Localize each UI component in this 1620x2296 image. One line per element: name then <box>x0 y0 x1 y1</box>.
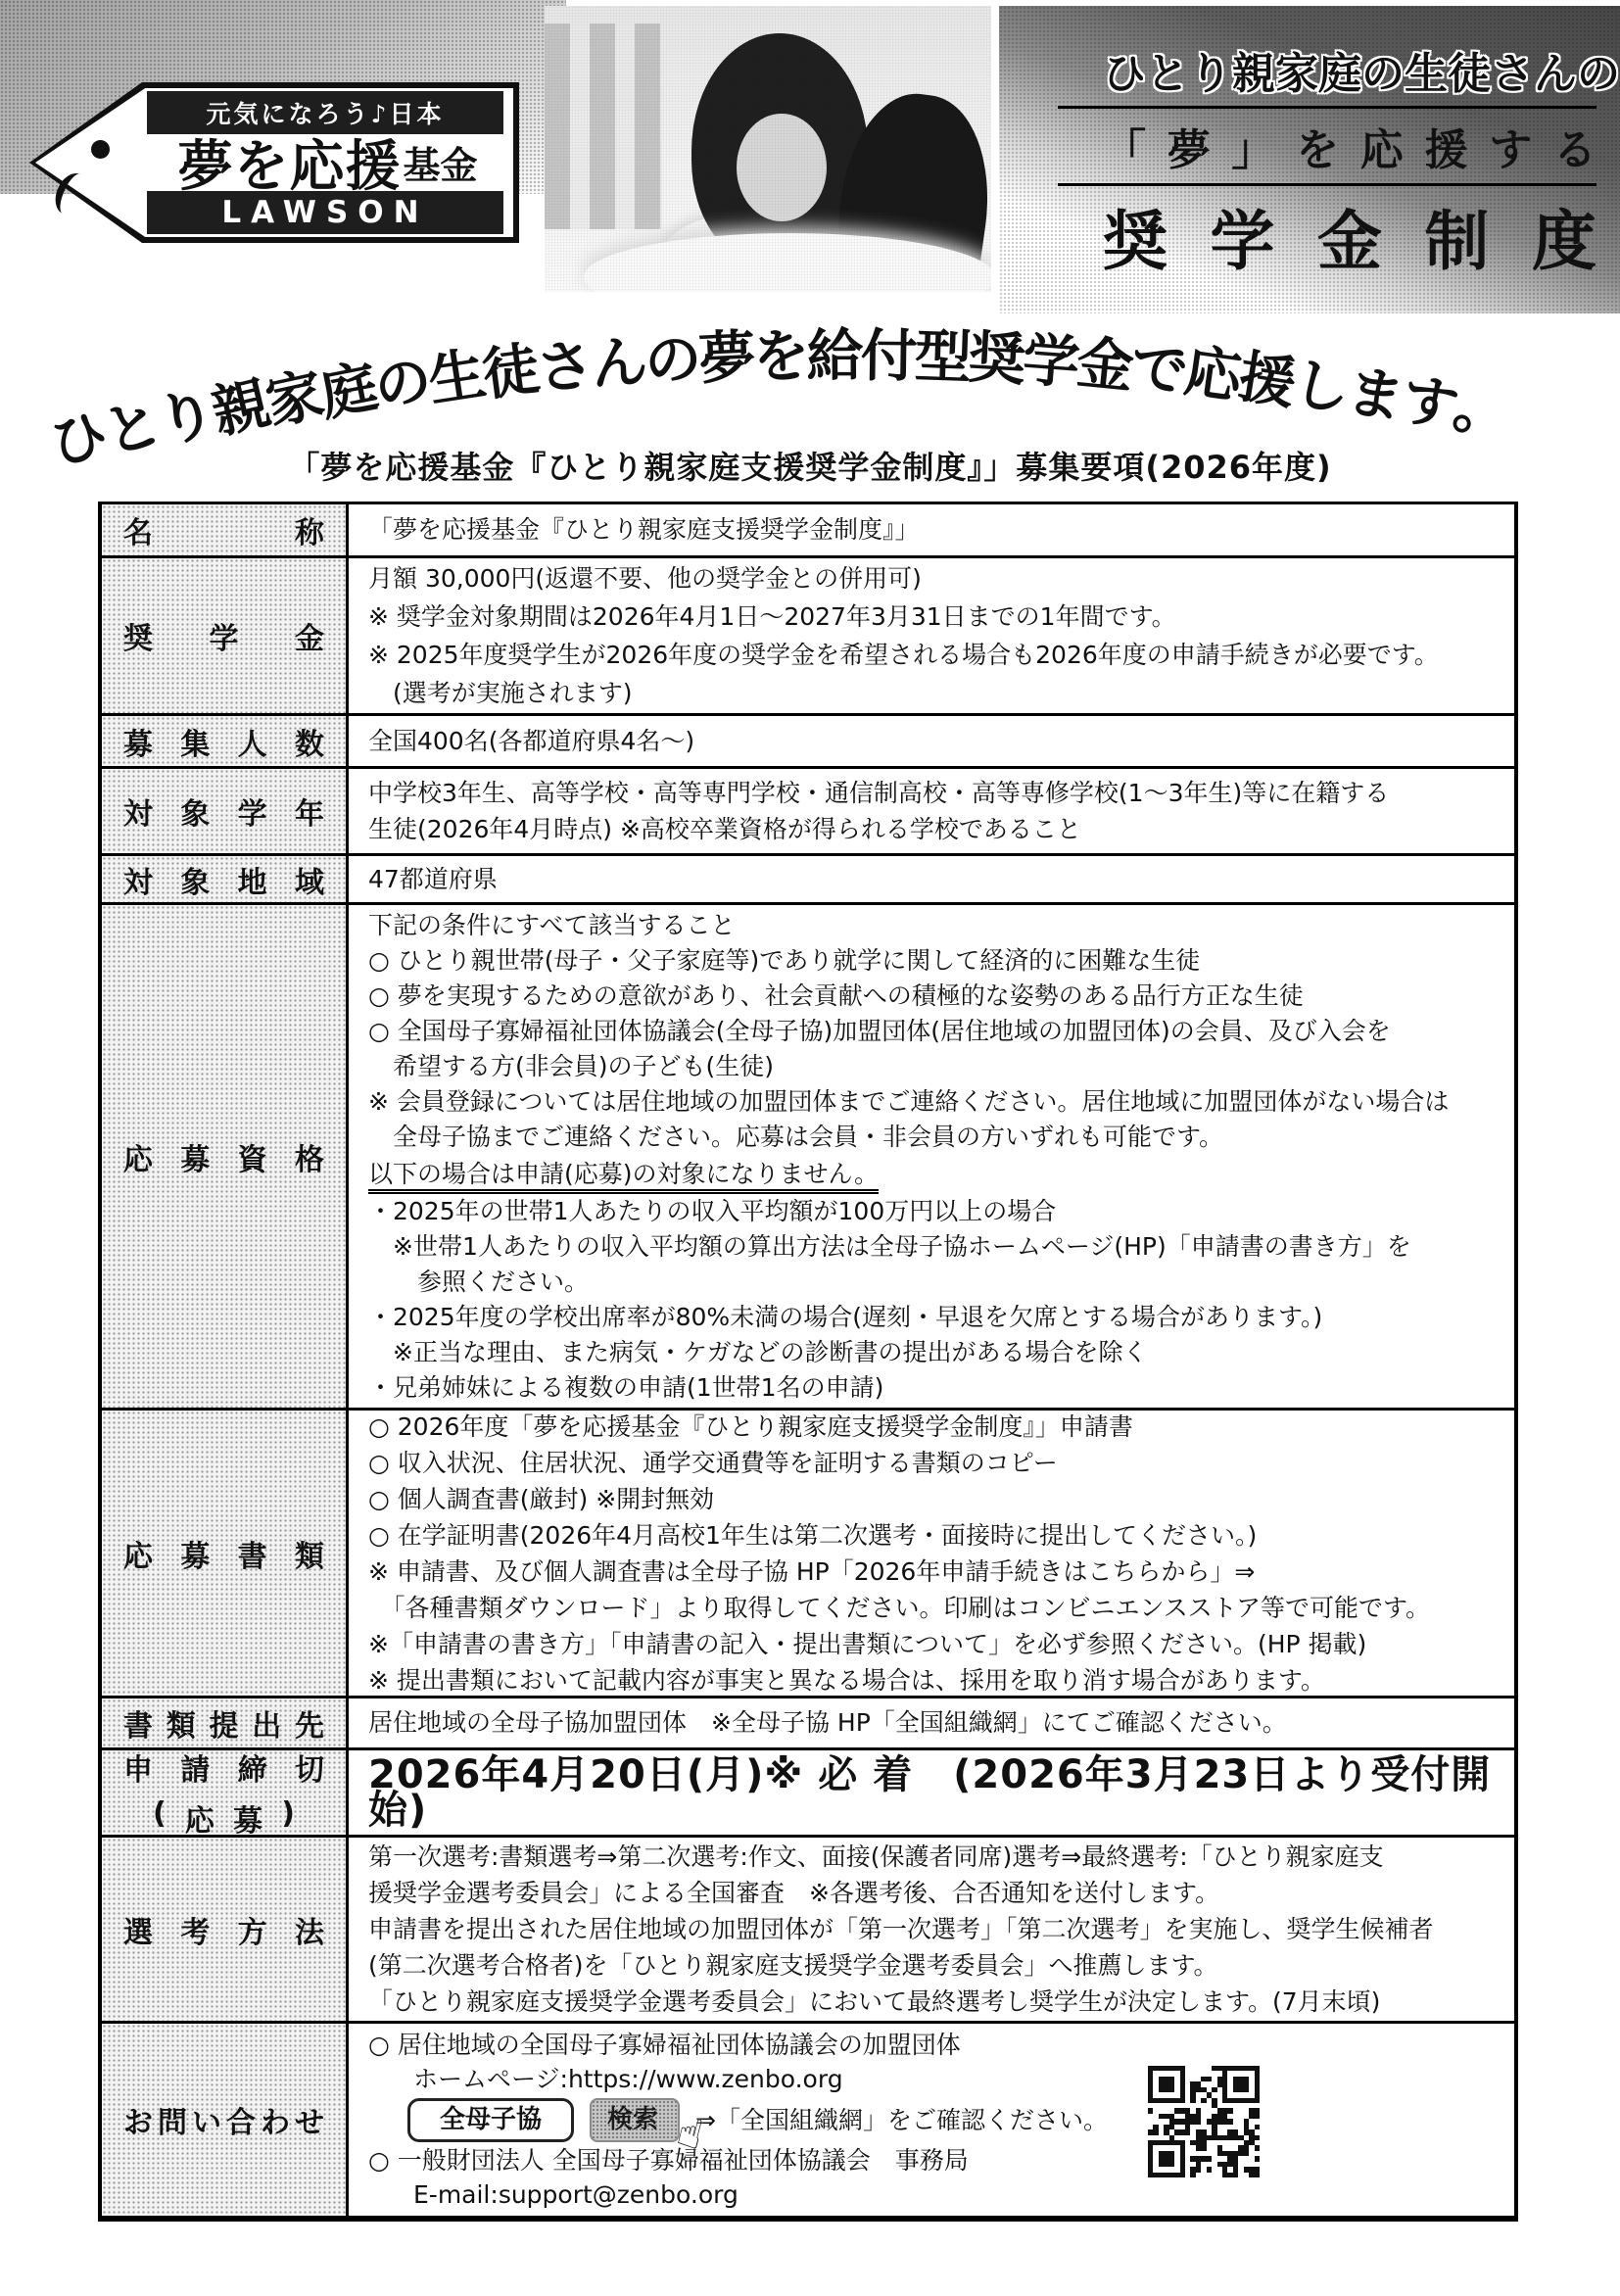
capacity-value: 全国400名(各都道府県4名〜) <box>368 724 1495 759</box>
grades-details: 中学校3年生、高等学校・高等専門学校・通信制高校・高等専修学校(1〜3年生)等に… <box>368 775 1495 847</box>
homepage-url: https://www.zenbo.org <box>568 2065 843 2093</box>
selection-details: 第一次選考:書類選考⇒第二次選考:作文、面接(保護者同席)選考⇒最終選考:「ひと… <box>368 1839 1495 2020</box>
row-label-regions: 対象地域 <box>123 858 324 901</box>
search-keyword-box[interactable]: 全母子協 <box>407 2098 574 2142</box>
row-label-capacity: 募集人数 <box>123 720 324 763</box>
name-value: 「夢を応援基金『ひとり親家庭支援奨学金制度』」 <box>368 512 1495 548</box>
panel-divider-2 <box>1058 183 1596 186</box>
photo-figure-body <box>662 212 897 292</box>
yume-ouen-kikin-logo: 元気になろう♪日本 夢を応援 基金 LAWSON <box>29 82 519 243</box>
contact-homepage-line: ホームページ:https://www.zenbo.org <box>368 2062 1495 2096</box>
logo-title-sub: 基金 <box>403 135 477 191</box>
row-label-scholarship: 奨学金 <box>123 614 324 657</box>
flyer-page: 元気になろう♪日本 夢を応援 基金 LAWSON ひとり親家庭の生徒さんの 「夢… <box>0 0 1620 2296</box>
table-row-grades: 対象学年 中学校3年生、高等学校・高等専門学校・通信制高校・高等専修学校(1〜3… <box>102 769 1514 856</box>
panel-title-line2: 「夢」を応援する <box>1103 117 1596 175</box>
table-row-submission: 書類提出先 居住地域の全母子協加盟団体 ※全母子協 HP「全国組織網」にてご確認… <box>102 1698 1514 1750</box>
panel-title-line3: 奨学金制度 <box>1103 194 1596 276</box>
email-address: support@zenbo.org <box>499 2180 739 2209</box>
photo-student-right <box>822 85 991 292</box>
deadline-value: 2026年4月20日(月)※ 必 着 (2026年3月23日より受付開始) <box>368 1757 1495 1828</box>
photo-student-left <box>691 33 868 268</box>
row-label-name: 名称 <box>123 508 324 551</box>
table-row-deadline: 申請締切 (応募) 2026年4月20日(月)※ 必 着 (2026年3月23日… <box>102 1750 1514 1838</box>
table-row-documents: 応募書類 ○ 2026年度「夢を応援基金『ひとり親家庭支援奨学金制度』」申請書 … <box>102 1411 1514 1698</box>
table-row-selection: 選考方法 第一次選考:書類選考⇒第二次選考:作文、面接(保護者同席)選考⇒最終選… <box>102 1838 1514 2024</box>
table-row-capacity: 募集人数 全国400名(各都道府県4名〜) <box>102 716 1514 769</box>
row-label-contact: お問い合わせ <box>123 2098 324 2141</box>
guidelines-table: 名称 「夢を応援基金『ひとり親家庭支援奨学金制度』」 奨学金 月額 30,000… <box>98 502 1518 2222</box>
header-title-panel: ひとり親家庭の生徒さんの 「夢」を応援する 奨学金制度 <box>999 6 1620 313</box>
table-row-name: 名称 「夢を応援基金『ひとり親家庭支援奨学金制度』」 <box>102 504 1514 558</box>
row-label-deadline: 申請締切 <box>123 1746 324 1789</box>
contact-org-line: ○ 居住地域の全国母子寡婦福祉団体協議会の加盟団体 <box>368 2028 1495 2062</box>
photo-bookshelf <box>545 24 662 229</box>
row-label-submission: 書類提出先 <box>123 1701 324 1745</box>
row-label-selection: 選考方法 <box>123 1908 324 1951</box>
scholarship-details: 月額 30,000円(返還不要、他の奨学金との併用可) ※ 奨学金対象期間は20… <box>368 559 1495 712</box>
panel-title-line1: ひとり親家庭の生徒さんの <box>1103 41 1596 98</box>
documents-details: ○ 2026年度「夢を応援基金『ひとり親家庭支援奨学金制度』」申請書 ○ 収入状… <box>368 1409 1495 1698</box>
qr-code <box>1148 2066 1260 2177</box>
panel-divider-1 <box>1058 106 1596 109</box>
eligibility-conditions: 下記の条件にすべて該当すること ○ ひとり親世帯(母子・父子家庭等)であり就学に… <box>368 908 1495 1155</box>
logo-brand-band: LAWSON <box>147 191 503 234</box>
logo-title: 夢を応援 基金 <box>152 134 503 190</box>
photo-student-face <box>737 114 827 221</box>
row-label-deadline-2: (応募) <box>123 1796 324 1840</box>
photo-desk-paper <box>584 233 991 292</box>
contact-email-line: E-mail:support@zenbo.org <box>368 2177 1495 2212</box>
search-widget-row: 全母子協 検索☝ ⇒「全国組織網」をご確認ください。 <box>368 2096 1495 2143</box>
table-row-scholarship: 奨学金 月額 30,000円(返還不要、他の奨学金との併用可) ※ 奨学金対象期… <box>102 558 1514 716</box>
table-row-eligibility: 応募資格 下記の条件にすべて該当すること ○ ひとり親世帯(母子・父子家庭等)で… <box>102 905 1514 1411</box>
row-label-documents: 応募書類 <box>123 1532 324 1575</box>
contact-foundation-line: ○ 一般財団法人 全国母子寡婦福祉団体協議会 事務局 <box>368 2143 1495 2177</box>
header-photo <box>545 6 991 292</box>
eligibility-exclusions: ・2025年の世帯1人あたりの収入平均額が100万円以上の場合 ※世帯1人あたり… <box>368 1194 1495 1406</box>
logo-bird-eye-icon <box>91 140 110 159</box>
search-button[interactable]: 検索☝ <box>590 2098 680 2142</box>
table-row-contact: お問い合わせ ○ 居住地域の全国母子寡婦福祉団体協議会の加盟団体 ホームページ:… <box>102 2024 1514 2216</box>
table-row-regions: 対象地域 47都道府県 <box>102 856 1514 905</box>
row-label-eligibility: 応募資格 <box>123 1135 324 1178</box>
guidelines-subtitle: 「夢を応援基金『ひとり親家庭支援奨学金制度』」募集要項(2026年度) <box>0 443 1620 488</box>
search-instruction: ⇒「全国組織網」をご確認ください。 <box>695 2103 1108 2137</box>
regions-value: 47都道府県 <box>368 862 1495 897</box>
submission-value: 居住地域の全母子協加盟団体 ※全母子協 HP「全国組織網」にてご確認ください。 <box>368 1705 1495 1741</box>
eligibility-exclusion-heading: 以下の場合は申請(応募)の対象になりません。 <box>368 1157 1495 1192</box>
lawson-brand: LAWSON <box>221 195 428 230</box>
row-label-grades: 対象学年 <box>123 789 324 833</box>
